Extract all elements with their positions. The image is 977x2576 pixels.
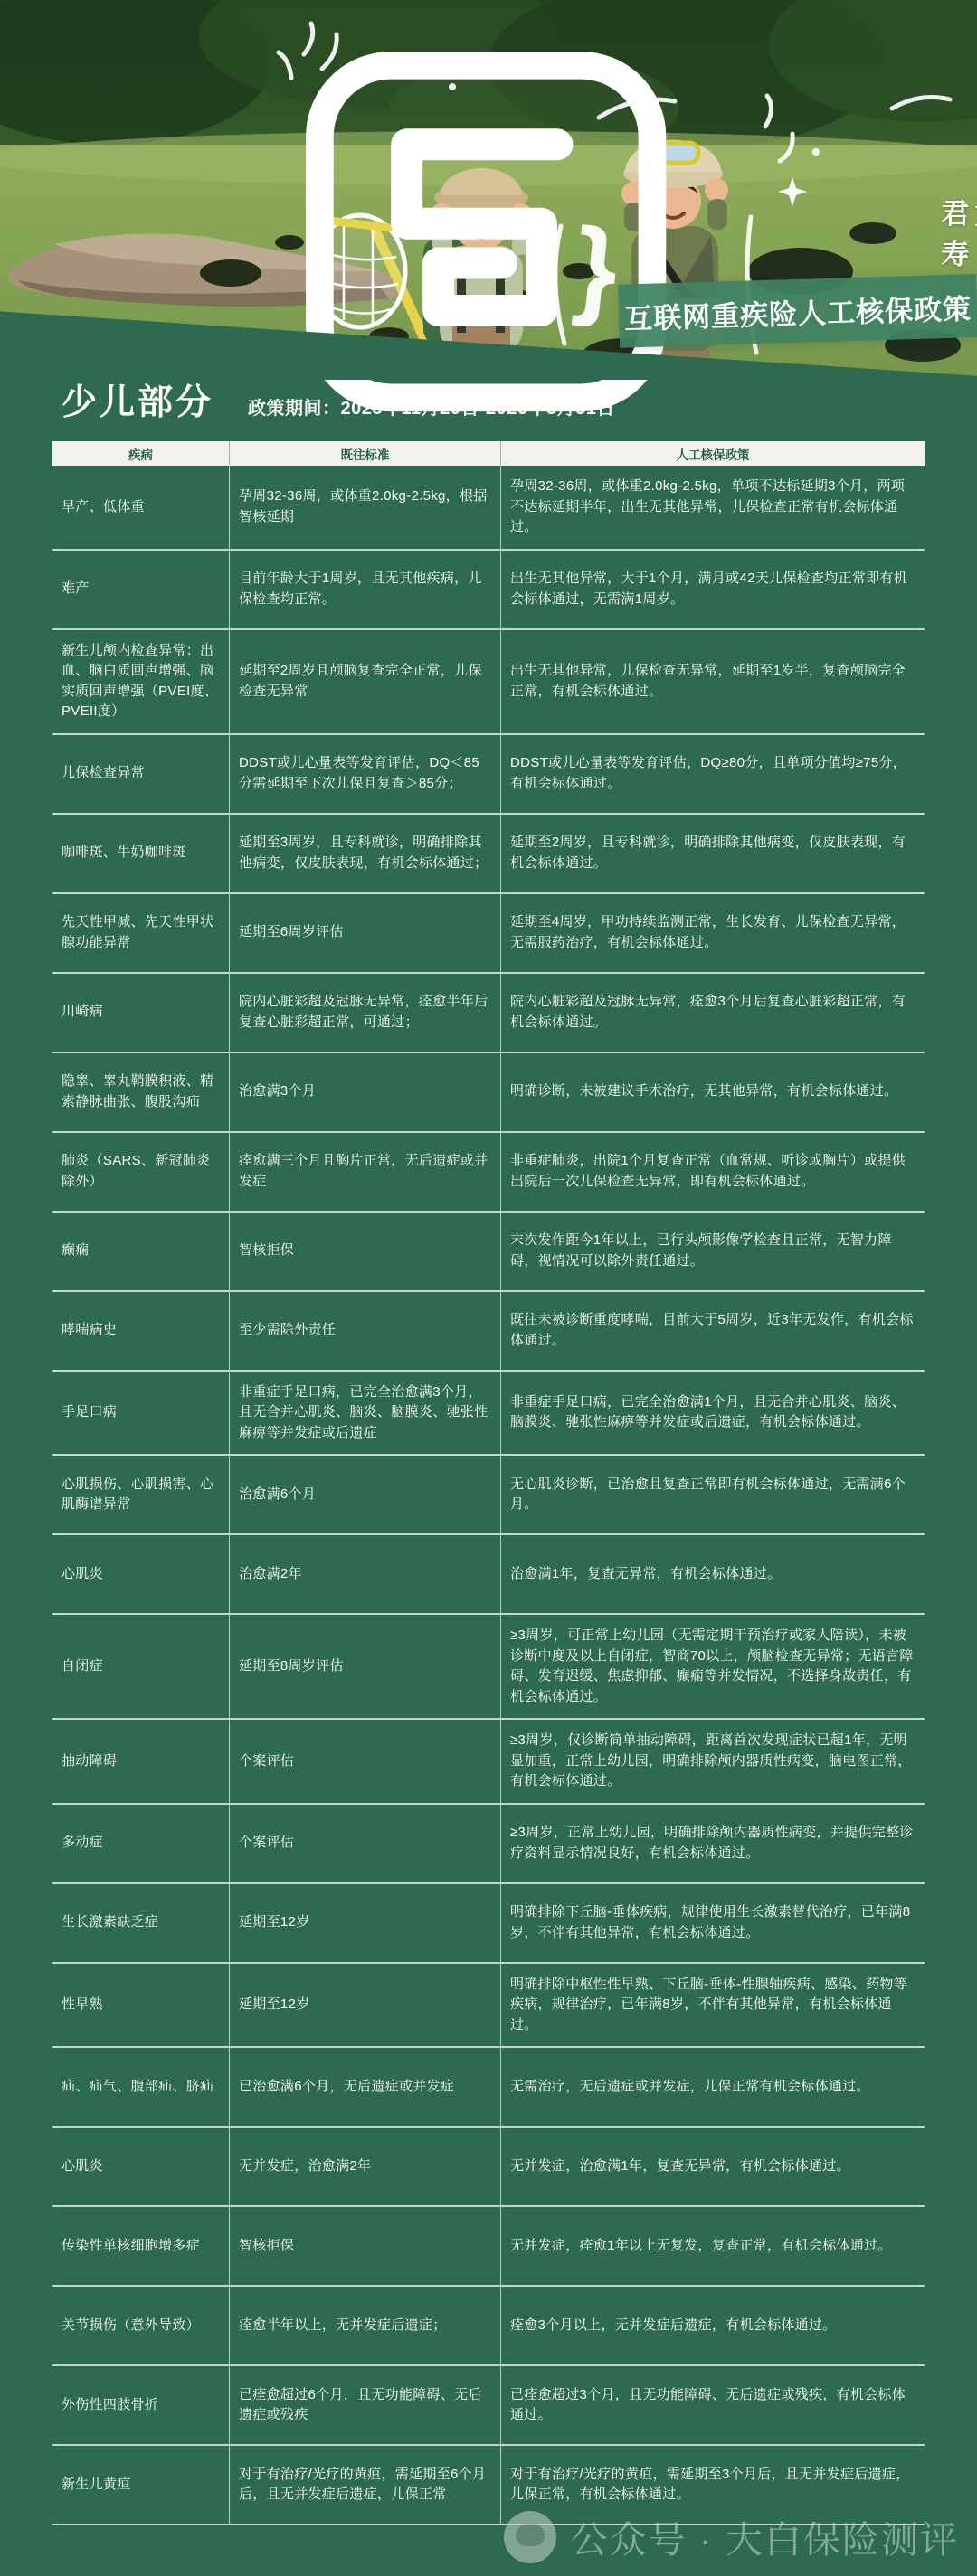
cell-underwriting-policy: 出生无其他异常，儿保检查无异常，延期至1岁半，复查颅脑完全正常，有机会标体通过。 [500, 630, 925, 733]
cell-underwriting-policy: 院内心脏彩超及冠脉无异常，痊愈3个月后复查心脏彩超正常，有机会标体通过。 [500, 974, 925, 1052]
cell-disease: 手足口病 [52, 1372, 229, 1455]
table-row: 手足口病 非重症手足口病，已完全治愈满3个月，且无合并心肌炎、脑炎、脑膜炎、驰张… [52, 1372, 925, 1457]
cell-previous-standard: 延期至2周岁且颅脑复查完全正常，儿保检查无异常 [229, 630, 500, 733]
table-row: 肺炎（SARS、新冠肺炎除外） 痊愈满三个月且胸片正常，无后遗症或并发症 非重症… [52, 1133, 925, 1213]
table-row: 心肌炎 无并发症，治愈满2年 无并发症，治愈满1年，复查无异常，有机会标体通过。 [52, 2128, 925, 2207]
cell-disease: 心肌损伤、心肌损害、心肌酶谱异常 [52, 1456, 229, 1533]
cell-underwriting-policy: 治愈满1年，复查无异常，有机会标体通过。 [500, 1535, 925, 1613]
cell-disease: 自闭症 [52, 1615, 229, 1718]
table-row: 外伤性四肢骨折 已痊愈超过6个月，且无功能障碍、无后遗症或残疾 已痊愈超过3个月… [52, 2366, 925, 2446]
cell-disease: 外伤性四肢骨折 [52, 2366, 229, 2444]
cell-disease: 关节损伤（意外导致） [52, 2287, 229, 2364]
cell-disease: 疝、疝气、腹部疝、脐疝 [52, 2048, 229, 2126]
table-row: 心肌炎 治愈满2年 治愈满1年，复查无异常，有机会标体通过。 [52, 1535, 925, 1615]
cell-previous-standard: DDST或儿心量表等发育评估，DQ＜85分需延期至下次儿保且复查＞85分； [229, 735, 500, 813]
cell-underwriting-policy: 无并发症，治愈满1年，复查无异常，有机会标体通过。 [500, 2128, 925, 2205]
cell-disease: 多动症 [52, 1805, 229, 1882]
watermark: 公众号 · 大白保险测评 [504, 2510, 959, 2563]
cell-previous-standard: 已痊愈超过6个月，且无功能障碍、无后遗症或残疾 [229, 2366, 500, 2444]
table-row: 早产、低体重 孕周32-36周，或体重2.0kg-2.5kg，根据智核延期 孕周… [52, 466, 925, 551]
cell-previous-standard: 延期至8周岁评估 [229, 1615, 500, 1718]
watermark-avatar-icon [504, 2511, 556, 2563]
table-row: 性早熟 延期至12岁 明确排除中枢性性早熟、下丘脑-垂体-性腺轴疾病、感染、药物… [52, 1964, 925, 2049]
cell-previous-standard: 延期至12岁 [229, 1884, 500, 1962]
cell-underwriting-policy: ≥3周岁，可正常上幼儿园（无需定期干预治疗或家人陪读），未被诊断中度及以上自闭症… [500, 1615, 925, 1718]
cell-previous-standard: 孕周32-36周，或体重2.0kg-2.5kg，根据智核延期 [229, 466, 500, 549]
table-row: 疝、疝气、腹部疝、脐疝 已治愈满6个月，无后遗症或并发症 无需治疗，无后遗症或并… [52, 2048, 925, 2128]
banner: 互联网重疾险人工核保政策 [618, 274, 977, 348]
cell-previous-standard: 已治愈满6个月，无后遗症或并发症 [229, 2048, 500, 2126]
table-row: 传染性单核细胞增多症 智核拒保 无并发症，痊愈1年以上无复发，复查正常，有机会标… [52, 2207, 925, 2287]
cell-previous-standard: 智核拒保 [229, 2207, 500, 2285]
cell-underwriting-policy: 非重症肺炎，出院1个月复查正常（血常规、听诊或胸片）或提供出院后一次儿保检查无异… [500, 1133, 925, 1211]
cell-underwriting-policy: 非重症手足口病，已完全治愈满1个月，且无合并心肌炎、脑炎、脑膜炎、驰张性麻痹等并… [500, 1372, 925, 1455]
cell-underwriting-policy: 明确排除下丘脑-垂体疾病，规律使用生长激素替代治疗，已年满8岁，不伴有其他异常，… [500, 1884, 925, 1962]
cell-previous-standard: 目前年龄大于1周岁，且无其他疾病，儿保检查均正常。 [229, 551, 500, 628]
cell-underwriting-policy: ≥3周岁，仅诊断简单抽动障碍，距离首次发现症状已超1年，无明显加重，正常上幼儿园… [500, 1720, 925, 1803]
table-row: 隐睾、睾丸鞘膜积液、精索静脉曲张、腹股沟疝 治愈满3个月 明确诊断，未被建议手术… [52, 1053, 925, 1133]
table-row: 儿保检查异常 DDST或儿心量表等发育评估，DQ＜85分需延期至下次儿保且复查＞… [52, 735, 925, 815]
cell-disease: 新生儿黄疸 [52, 2446, 229, 2524]
cell-disease: 咖啡斑、牛奶咖啡斑 [52, 815, 229, 892]
cell-underwriting-policy: 延期至4周岁，甲功持续监测正常，生长发育、儿保检查无异常，无需服药治疗，有机会标… [500, 894, 925, 972]
table-row: 哮喘病史 至少需除外责任 既往未被诊断重度哮喘，目前大于5周岁，近3年无发作，有… [52, 1292, 925, 1372]
table-row: 难产 目前年龄大于1周岁，且无其他疾病，儿保检查均正常。 出生无其他异常，大于1… [52, 551, 925, 630]
cell-previous-standard: 非重症手足口病，已完全治愈满3个月，且无合并心肌炎、脑炎、脑膜炎、驰张性麻痹等并… [229, 1372, 500, 1455]
cell-underwriting-policy: 孕周32-36周，或体重2.0kg-2.5kg，单项不达标延期3个月，两项不达标… [500, 466, 925, 549]
cell-underwriting-policy: 延期至2周岁，且专科就诊，明确排除其他病变，仅皮肤表现，有机会标体通过。 [500, 815, 925, 892]
cell-underwriting-policy: 无需治疗，无后遗症或并发症，儿保正常有机会标体通过。 [500, 2048, 925, 2126]
cell-disease: 心肌炎 [52, 1535, 229, 1613]
cell-disease: 传染性单核细胞增多症 [52, 2207, 229, 2285]
cell-disease: 新生儿颅内检查异常：出血、脑白质回声增强、脑实质回声增强（PVEI度、PVEII… [52, 630, 229, 733]
cell-disease: 川崎病 [52, 974, 229, 1052]
table-row: 川崎病 院内心脏彩超及冠脉无异常，痊愈半年后复查心脏彩超正常，可通过； 院内心脏… [52, 974, 925, 1053]
cell-underwriting-policy: 已痊愈超过3个月，且无功能障碍、无后遗症或残疾，有机会标体通过。 [500, 2366, 925, 2444]
cell-disease: 先天性甲减、先天性甲状腺功能异常 [52, 894, 229, 972]
cell-previous-standard: 延期至3周岁，且专科就诊，明确排除其他病变，仅皮肤表现，有机会标体通过； [229, 815, 500, 892]
column-header-disease: 疾病 [52, 441, 229, 466]
cell-underwriting-policy: 既往未被诊断重度哮喘，目前大于5周岁，近3年无发作，有机会标体通过。 [500, 1292, 925, 1370]
cell-underwriting-policy: 痊愈3个月以上，无并发症后遗症，有机会标体通过。 [500, 2287, 925, 2364]
poster: 君龙人寿 } 互联网重疾险人工核保政策 少儿部分 政策期间：2025年11月20… [0, 0, 977, 2576]
table-row: 抽动障碍 个案评估 ≥3周岁，仅诊断简单抽动障碍，距离首次发现症状已超1年，无明… [52, 1720, 925, 1805]
cell-previous-standard: 痊愈满三个月且胸片正常，无后遗症或并发症 [229, 1133, 500, 1211]
cell-underwriting-policy: 无心肌炎诊断，已治愈且复查正常即有机会标体通过，无需满6个月。 [500, 1456, 925, 1533]
column-header-previous-standard: 既往标准 [229, 441, 500, 466]
section-title: 少儿部分 [62, 374, 213, 425]
cell-disease: 早产、低体重 [52, 466, 229, 549]
cell-underwriting-policy: ≥3周岁，正常上幼儿园，明确排除颅内器质性病变，并提供完整诊疗资料显示情况良好，… [500, 1805, 925, 1882]
cell-disease: 性早熟 [52, 1964, 229, 2047]
cell-previous-standard: 无并发症，治愈满2年 [229, 2128, 500, 2205]
cell-previous-standard: 至少需除外责任 [229, 1292, 500, 1370]
cell-previous-standard: 个案评估 [229, 1720, 500, 1803]
cell-previous-standard: 院内心脏彩超及冠脉无异常，痊愈半年后复查心脏彩超正常，可通过； [229, 974, 500, 1052]
table-row: 多动症 个案评估 ≥3周岁，正常上幼儿园，明确排除颅内器质性病变，并提供完整诊疗… [52, 1805, 925, 1884]
table-header: 疾病 既往标准 人工核保政策 [52, 441, 925, 466]
cell-underwriting-policy: DDST或儿心量表等发育评估，DQ≥80分，且单项分值均≥75分，有机会标体通过… [500, 735, 925, 813]
cell-previous-standard: 治愈满2年 [229, 1535, 500, 1613]
table-row: 自闭症 延期至8周岁评估 ≥3周岁，可正常上幼儿园（无需定期干预治疗或家人陪读）… [52, 1615, 925, 1720]
watermark-text: 公众号 · 大白保险测评 [571, 2510, 959, 2563]
column-header-underwriting-policy: 人工核保政策 [500, 441, 925, 466]
cell-previous-standard: 治愈满6个月 [229, 1456, 500, 1533]
cell-previous-standard: 智核拒保 [229, 1213, 500, 1290]
cell-disease: 抽动障碍 [52, 1720, 229, 1803]
cell-disease: 哮喘病史 [52, 1292, 229, 1370]
cell-disease: 难产 [52, 551, 229, 628]
cell-underwriting-policy: 出生无其他异常，大于1个月，满月或42天儿保检查均正常即有机会标体通过，无需满1… [500, 551, 925, 628]
cell-underwriting-policy: 末次发作距今1年以上，已行头颅影像学检查且正常，无智力障碍，视情况可以除外责任通… [500, 1213, 925, 1290]
cell-disease: 癫痫 [52, 1213, 229, 1290]
table-row: 癫痫 智核拒保 末次发作距今1年以上，已行头颅影像学检查且正常，无智力障碍，视情… [52, 1213, 925, 1292]
cell-underwriting-policy: 无并发症，痊愈1年以上无复发，复查正常，有机会标体通过。 [500, 2207, 925, 2285]
cell-previous-standard: 延期至6周岁评估 [229, 894, 500, 972]
policy-period: 政策期间：2025年11月20日-2026年3月31日 [248, 393, 615, 420]
cell-disease: 儿保检查异常 [52, 735, 229, 813]
cell-previous-standard: 对于有治疗/光疗的黄疸，需延期至6个月后，且无并发症后遗症，儿保正常 [229, 2446, 500, 2524]
brand-logo-text: 君龙人寿 [941, 191, 977, 272]
cell-disease: 生长激素缺乏症 [52, 1884, 229, 1962]
banner-title: 互联网重疾险人工核保政策 [624, 286, 972, 336]
table-row: 关节损伤（意外导致） 痊愈半年以上，无并发症后遗症； 痊愈3个月以上，无并发症后… [52, 2287, 925, 2366]
cell-previous-standard: 个案评估 [229, 1805, 500, 1882]
cell-underwriting-policy: 明确诊断，未被建议手术治疗，无其他异常，有机会标体通过。 [500, 1053, 925, 1131]
cell-underwriting-policy: 明确排除中枢性性早熟、下丘脑-垂体-性腺轴疾病、感染、药物等疾病，规律治疗，已年… [500, 1964, 925, 2047]
table-row: 新生儿颅内检查异常：出血、脑白质回声增强、脑实质回声增强（PVEI度、PVEII… [52, 630, 925, 735]
table-row: 咖啡斑、牛奶咖啡斑 延期至3周岁，且专科就诊，明确排除其他病变，仅皮肤表现，有机… [52, 815, 925, 894]
cell-previous-standard: 痊愈半年以上，无并发症后遗症； [229, 2287, 500, 2364]
hero-photo: 君龙人寿 } 互联网重疾险人工核保政策 [0, 0, 977, 380]
section-head: 少儿部分 政策期间：2025年11月20日-2026年3月31日 [62, 374, 925, 425]
policy-table: 疾病 既往标准 人工核保政策 早产、低体重 孕周32-36周，或体重2.0kg-… [52, 441, 925, 2525]
table-body: 早产、低体重 孕周32-36周，或体重2.0kg-2.5kg，根据智核延期 孕周… [52, 466, 925, 2525]
cell-previous-standard: 延期至12岁 [229, 1964, 500, 2047]
cell-disease: 隐睾、睾丸鞘膜积液、精索静脉曲张、腹股沟疝 [52, 1053, 229, 1131]
cell-disease: 肺炎（SARS、新冠肺炎除外） [52, 1133, 229, 1211]
cell-disease: 心肌炎 [52, 2128, 229, 2205]
table-row: 心肌损伤、心肌损害、心肌酶谱异常 治愈满6个月 无心肌炎诊断，已治愈且复查正常即… [52, 1456, 925, 1535]
table-row: 先天性甲减、先天性甲状腺功能异常 延期至6周岁评估 延期至4周岁，甲功持续监测正… [52, 894, 925, 974]
table-row: 生长激素缺乏症 延期至12岁 明确排除下丘脑-垂体疾病，规律使用生长激素替代治疗… [52, 1884, 925, 1964]
cell-previous-standard: 治愈满3个月 [229, 1053, 500, 1131]
